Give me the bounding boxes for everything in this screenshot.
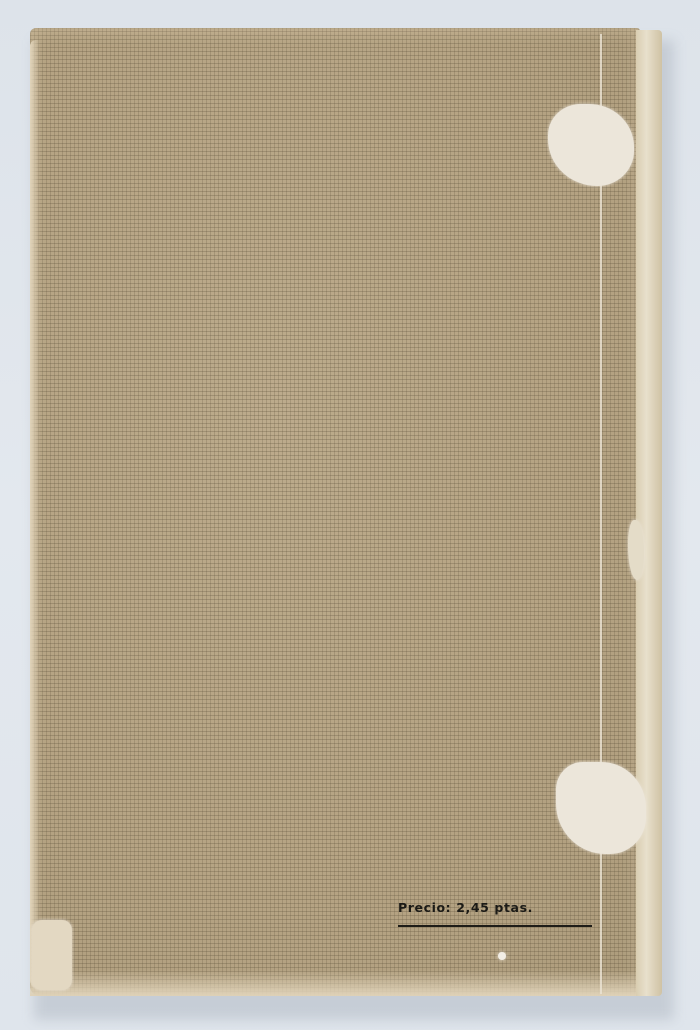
cover-bottom-edge <box>30 970 640 996</box>
cover-left-edge <box>30 40 40 990</box>
worn-edge-right <box>628 520 644 580</box>
worn-corner-bottom-left <box>32 920 72 990</box>
book-back-cover <box>30 28 640 996</box>
small-wear-spot <box>498 952 506 960</box>
book-spine-edge <box>636 30 662 996</box>
price-label: Precio: 2,45 ptas. <box>398 900 598 915</box>
price-underline <box>398 925 592 927</box>
